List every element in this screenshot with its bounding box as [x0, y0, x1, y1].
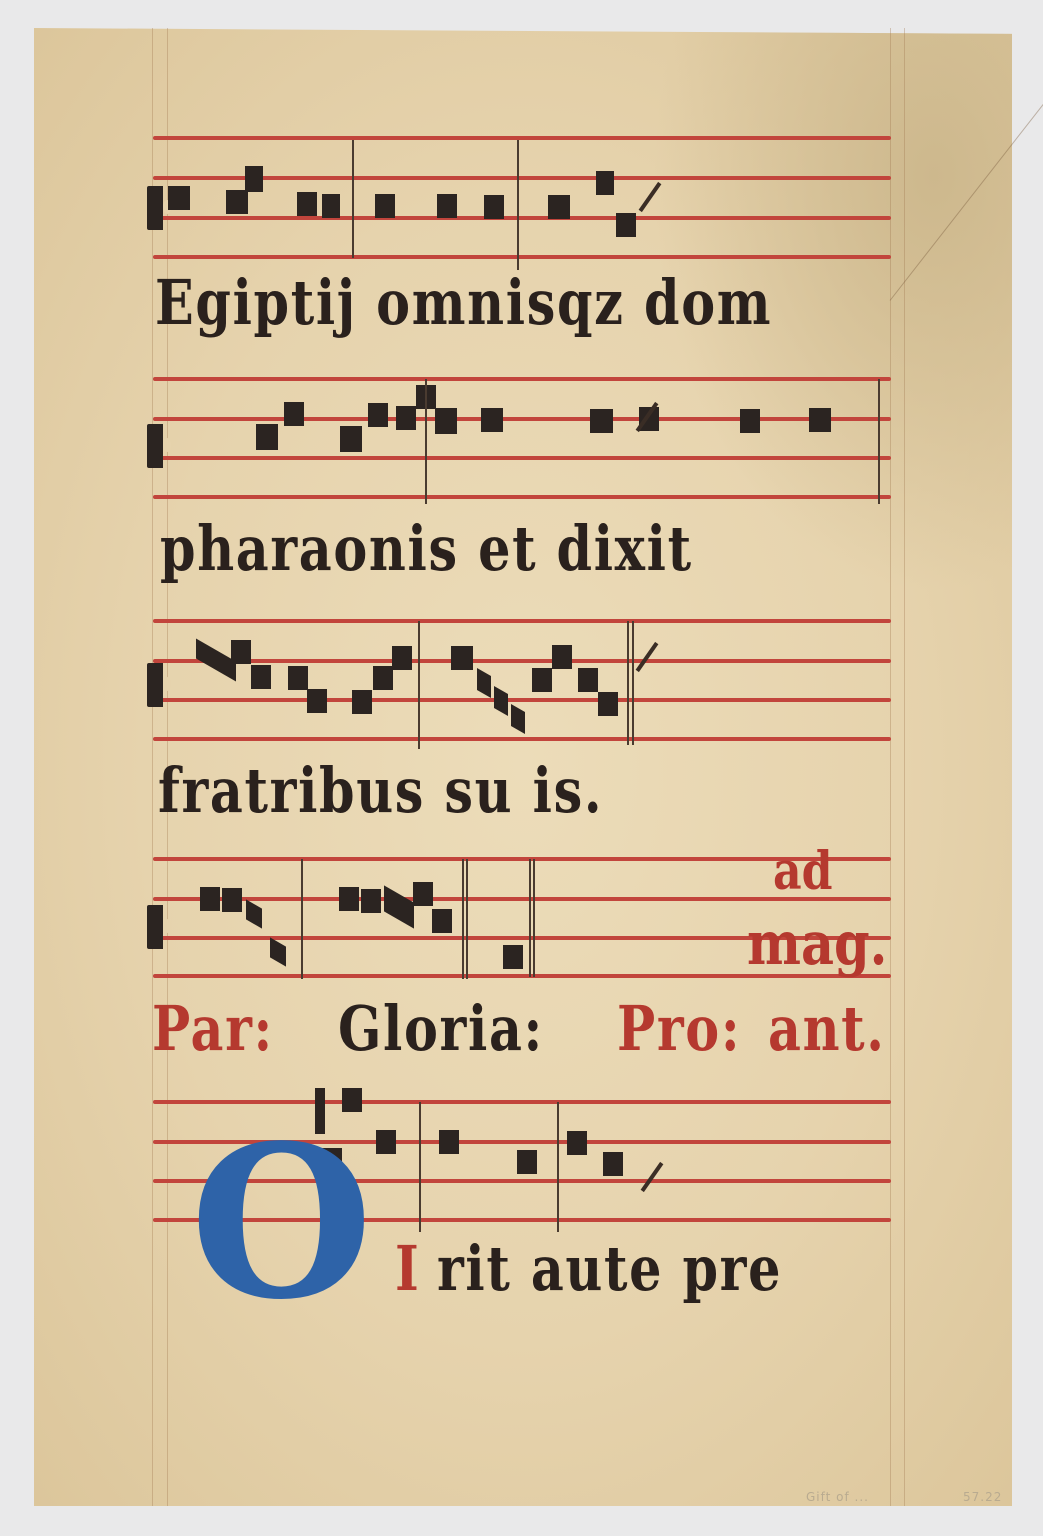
ruling-right-1 [890, 28, 891, 1506]
ruling-right-2 [904, 28, 905, 1506]
c-clef-icon [147, 424, 163, 468]
lyric-line-3: fratribus su is. [158, 760, 603, 822]
rubric-ad: ad [773, 846, 833, 898]
c-clef-icon [147, 186, 163, 230]
lyric-line-2: pharaonis et dixit [160, 518, 693, 580]
pencil-note: Gift of ... [806, 1490, 869, 1504]
c-clef-icon [147, 905, 163, 949]
c-clef-icon [147, 663, 163, 707]
rubric-pro: Pro: [617, 998, 741, 1060]
red-capital-i: I [395, 1238, 420, 1300]
ruling-left-1 [152, 28, 153, 1506]
lyric-line-1: Egiptij omnisqz dom [155, 272, 772, 334]
rubric-mag: mag. [747, 914, 887, 974]
catalog-number: 57.22 [963, 1490, 1002, 1504]
rubric-par: Par: [152, 998, 274, 1060]
rubric-gloria: Gloria: [338, 998, 544, 1060]
rubric-ant: ant. [768, 998, 886, 1060]
illuminated-initial-o: O [190, 1118, 373, 1328]
lyric-line-5: rit aute pre [437, 1238, 782, 1300]
